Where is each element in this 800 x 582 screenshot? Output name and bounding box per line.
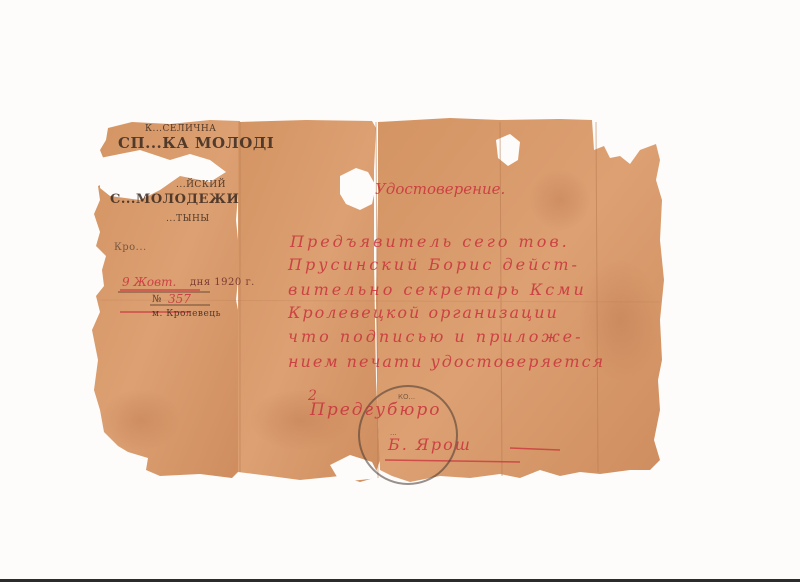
letterhead-line-2: СП...КА МОЛОДІ [118, 134, 274, 152]
date-printed: дня 1920 г. [190, 277, 255, 288]
margin-mark: 2 [308, 388, 317, 404]
signature-name: Б. Ярош [388, 435, 472, 454]
document-scan: К...СЕЛИЧНА СП...КА МОЛОДІ ...ЙСКИЙ С...… [0, 0, 800, 582]
place-name: м. Кролевець [152, 309, 221, 319]
letterhead-line-4: С...МОЛОДЕЖИ [110, 192, 239, 207]
letterhead-line-1: К...СЕЛИЧНА [145, 124, 216, 134]
letterhead-line-6: Кро... [114, 242, 147, 253]
body-line-6: нием печати удостоверяется [288, 352, 605, 371]
body-line-1: Предъявитель сего тов. [290, 232, 570, 251]
number-value: 357 [168, 292, 191, 306]
body-line-3: вительно секретарь Ксми [288, 280, 587, 299]
date-handwritten: 9 Жовт. [122, 275, 176, 289]
body-line-5: что подписью и приложе- [288, 327, 584, 346]
document-heading: Удостоверение. [375, 180, 505, 198]
signature-role: Предгубюро [310, 400, 441, 420]
number-label: № [152, 294, 162, 305]
letterhead-line-5: ...ТЫНЫ [166, 214, 210, 224]
letterhead-line-3: ...ЙСКИЙ [176, 180, 226, 190]
body-line-4: Кролевецкой организации [288, 303, 559, 322]
body-line-2: Прусинский Борис дейст- [288, 255, 580, 274]
